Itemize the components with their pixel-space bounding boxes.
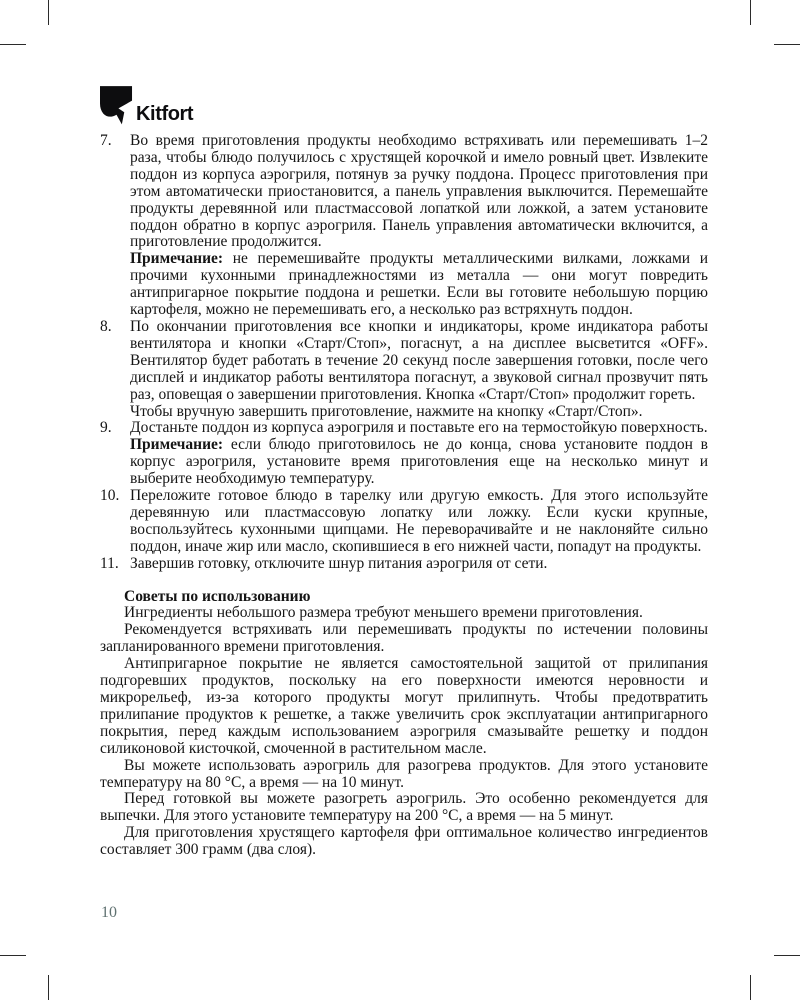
brand-wordmark: Kitfort: [136, 104, 193, 125]
tips-section: Советы по использованию Ингредиенты небо…: [100, 589, 708, 860]
list-item-number: 7.: [100, 133, 128, 150]
page-content: Kitfort 7. Во время приготовления продук…: [100, 84, 708, 859]
tips-paragraph-2: Рекомендуется встряхивать или перемешива…: [100, 622, 708, 656]
crop-mark-top-left-vertical: [48, 0, 49, 25]
note-label: Примечание:: [130, 250, 223, 267]
list-item-7: 7. Во время приготовления продукты необх…: [100, 133, 708, 319]
list-item-text: Во время приготовления продукты необходи…: [130, 133, 708, 251]
tips-paragraph-6: Для приготовления хрустящего картофеля ф…: [100, 825, 708, 859]
tips-heading: Советы по использованию: [100, 589, 708, 606]
kitfort-logo: Kitfort: [100, 84, 708, 125]
list-item-text: Завершив готовку, отключите шнур питания…: [130, 556, 708, 573]
page-number: 10: [101, 904, 117, 922]
list-item-number: 10.: [100, 488, 128, 505]
crop-mark-bottom-left-vertical: [48, 975, 49, 1000]
tips-paragraph-5: Перед готовкой вы можете разогреть аэрог…: [100, 791, 708, 825]
list-item-note: Примечание: не перемешивайте продукты ме…: [130, 251, 708, 319]
list-item-text: По окончании приготовления все кнопки и …: [130, 319, 708, 404]
list-item-10: 10. Переложите готовое блюдо в тарелку и…: [100, 488, 708, 556]
crop-mark-bottom-right-vertical: [750, 975, 751, 1000]
crop-mark-top-left-horizontal: [0, 44, 26, 45]
tips-paragraph-4: Вы можете использовать аэрогриль для раз…: [100, 758, 708, 792]
list-item-note: Примечание: если блюдо приготовилось не …: [130, 437, 708, 488]
list-item-extra-text: Чтобы вручную завершить приготовление, н…: [130, 404, 708, 421]
tips-paragraph-3: Антипригарное покрытие не является самос…: [100, 656, 708, 757]
list-item-number: 9.: [100, 420, 128, 437]
crop-mark-top-right-vertical: [750, 0, 751, 25]
manual-page: Kitfort 7. Во время приготовления продук…: [0, 0, 800, 1000]
list-item-9: 9. Достаньте поддон из корпуса аэрогриля…: [100, 420, 708, 488]
crop-mark-top-right-horizontal: [774, 44, 800, 45]
note-label: Примечание:: [130, 436, 223, 453]
list-item-text: Достаньте поддон из корпуса аэрогриля и …: [130, 420, 708, 437]
crop-mark-bottom-right-horizontal: [774, 955, 800, 956]
tips-paragraph-1: Ингредиенты небольшого размера требуют м…: [100, 605, 708, 622]
list-item-8: 8. По окончании приготовления все кнопки…: [100, 319, 708, 420]
list-item-text: Переложите готовое блюдо в тарелку или д…: [130, 488, 708, 556]
list-item-number: 11.: [100, 556, 128, 573]
instructions-list: 7. Во время приготовления продукты необх…: [100, 133, 708, 573]
kitfort-mark-icon: [100, 86, 133, 125]
list-item-11: 11. Завершив готовку, отключите шнур пит…: [100, 556, 708, 573]
crop-mark-bottom-left-horizontal: [0, 955, 26, 956]
list-item-number: 8.: [100, 319, 128, 336]
